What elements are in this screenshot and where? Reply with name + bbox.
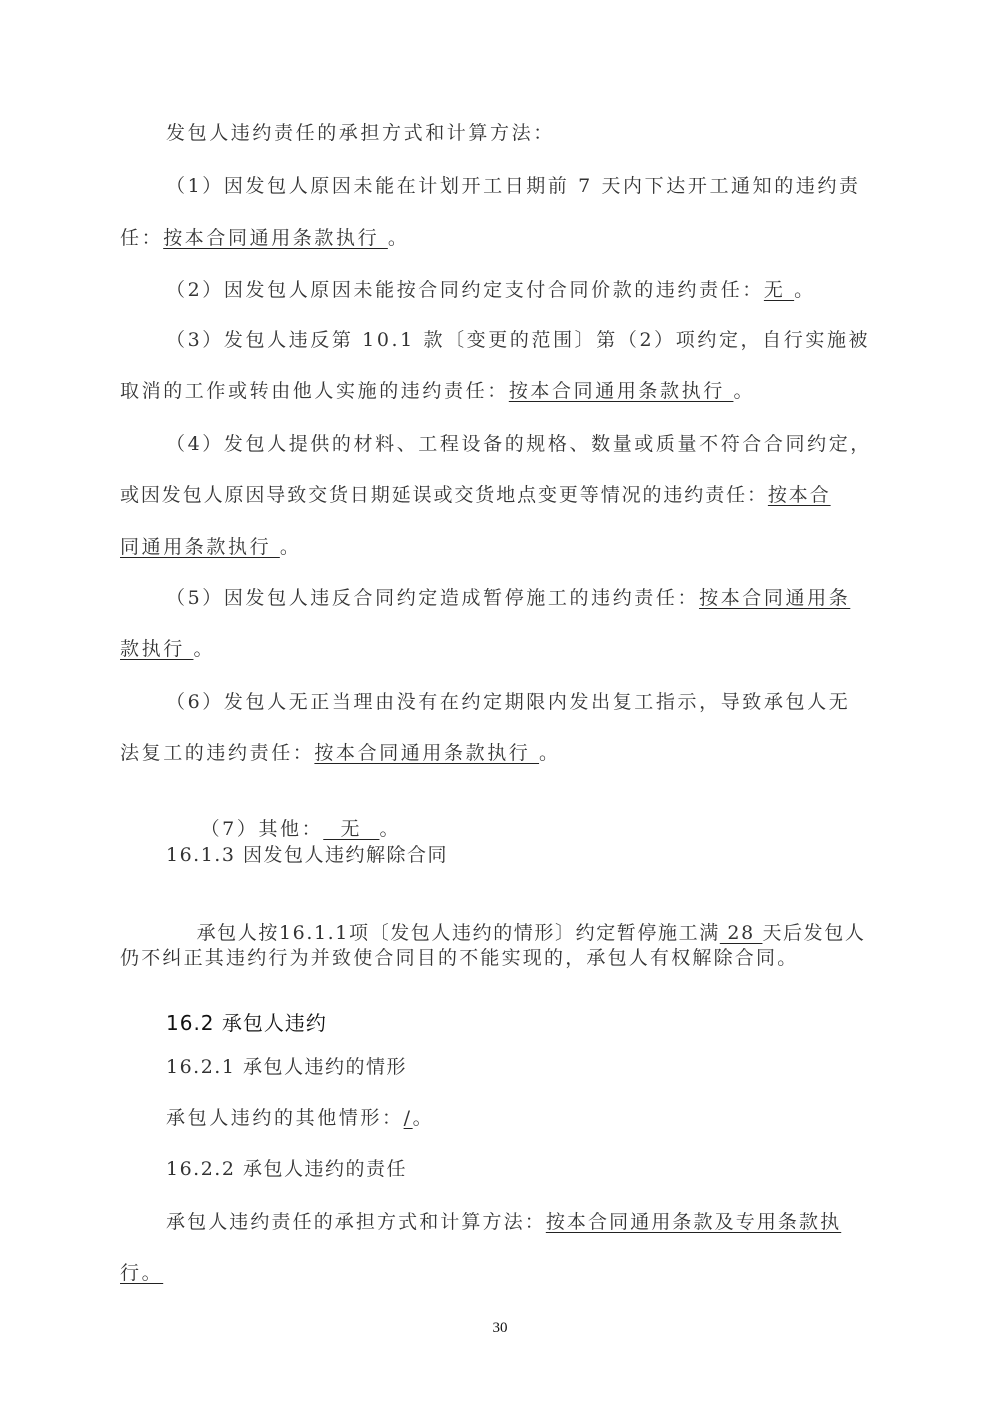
sub-16-2-2-title: 16.2.2 承包人违约的责任 (166, 1156, 882, 1182)
item-1-line-1: （1）因发包人原因未能在计划开工日期前 7 天内下达开工通知的违约责 (166, 173, 882, 199)
item-6-suffix: 。 (539, 742, 561, 764)
item-6-value: 按本合同通用条款执行 (314, 742, 539, 764)
item-1-line-2: 任：按本合同通用条款执行 。 (120, 225, 882, 251)
item-4-value-part-2: 同通用条款执行 (120, 536, 280, 558)
item-6-line-2: 法复工的违约责任：按本合同通用条款执行 。 (120, 740, 882, 766)
contractor-liability-label: 承包人违约责任的承担方式和计算方法： (166, 1211, 546, 1233)
page-number: 30 (470, 1320, 530, 1337)
item-1-label: 任： (120, 227, 163, 249)
item-4-value-part-1: 按本合 (768, 484, 831, 506)
item-4-line-3: 同通用条款执行 。 (120, 534, 882, 560)
other-cases-line: 承包人违约的其他情形：/。 (166, 1105, 882, 1131)
other-cases-suffix: 。 (413, 1107, 435, 1129)
item-4-label: 或因发包人原因导致交货日期延误或交货地点变更等情况的违约责任： (120, 484, 768, 506)
item-5-label: （5）因发包人违反合同约定造成暂停施工的违约责任： (166, 587, 699, 609)
item-3-label: 取消的工作或转由他人实施的违约责任： (120, 380, 509, 402)
item-3-suffix: 。 (733, 380, 755, 402)
sub-16-2-1-title: 16.2.1 承包人违约的情形 (166, 1054, 882, 1080)
item-2-value: 无 (764, 279, 794, 301)
contractor-liability-line-2: 行。 (120, 1260, 882, 1286)
clause-16-1-3-line-2: 仍不纠正其违约行为并致使合同目的不能实现的，承包人有权解除合同。 (120, 945, 882, 971)
item-2-label: （2）因发包人原因未能按合同约定支付合同价款的违约责任： (166, 279, 764, 301)
clause-16-1-3-text: 承包人按16.1.1项〔发包人违约的情形〕约定暂停施工满 (197, 922, 720, 944)
item-6-line-1: （6）发包人无正当理由没有在约定期限内发出复工指示，导致承包人无 (166, 689, 882, 715)
item-2-line-1: （2）因发包人原因未能按合同约定支付合同价款的违约责任：无 。 (166, 277, 882, 303)
intro-text: 发包人违约责任的承担方式和计算方法： (166, 120, 882, 146)
item-3-line-2: 取消的工作或转由他人实施的违约责任：按本合同通用条款执行 。 (120, 378, 882, 404)
item-7-suffix: 。 (379, 818, 401, 840)
item-1-value: 按本合同通用条款执行 (163, 227, 388, 249)
contractor-liability-line-1: 承包人违约责任的承担方式和计算方法：按本合同通用条款及专用条款执 (166, 1209, 882, 1235)
item-5-line-1: （5）因发包人违反合同约定造成暂停施工的违约责任：按本合同通用条 (166, 585, 882, 611)
contractor-liability-value-part-2: 行。 (120, 1262, 163, 1284)
item-4-line-1: （4）发包人提供的材料、工程设备的规格、数量或质量不符合合同约定， (166, 431, 882, 457)
clause-16-1-3-title: 16.1.3 因发包人违约解除合同 (166, 842, 882, 868)
item-5-value-part-2: 款执行 (120, 638, 193, 660)
item-4-line-2: 或因发包人原因导致交货日期延误或交货地点变更等情况的违约责任：按本合 (120, 482, 882, 508)
item-5-suffix: 。 (193, 638, 215, 660)
item-3-line-1: （3）发包人违反第 10.1 款〔变更的范围〕第（2）项约定，自行实施被 (166, 327, 882, 353)
document-page: 发包人违约责任的承担方式和计算方法： （1）因发包人原因未能在计划开工日期前 7… (0, 0, 1000, 1415)
contractor-liability-value-part-1: 按本合同通用条款及专用条款执 (546, 1211, 841, 1233)
other-cases-label: 承包人违约的其他情形： (166, 1107, 404, 1129)
suspension-days-value: 28 (720, 922, 763, 944)
item-4-suffix: 。 (280, 536, 302, 558)
item-6-label: 法复工的违约责任： (120, 742, 314, 764)
item-3-value: 按本合同通用条款执行 (509, 380, 734, 402)
item-2-suffix: 。 (794, 279, 816, 301)
item-5-value-part-1: 按本合同通用条 (699, 587, 850, 609)
item-7-label: （7）其他： (201, 818, 324, 840)
section-16-2-heading: 16.2 承包人违约 (166, 1010, 882, 1036)
item-7-value: 无 (323, 818, 379, 840)
other-cases-value: / (404, 1107, 413, 1129)
item-1-suffix: 。 (388, 227, 410, 249)
item-5-line-2: 款执行 。 (120, 636, 882, 662)
clause-16-1-3-text-suffix: 天后发包人 (762, 922, 865, 944)
